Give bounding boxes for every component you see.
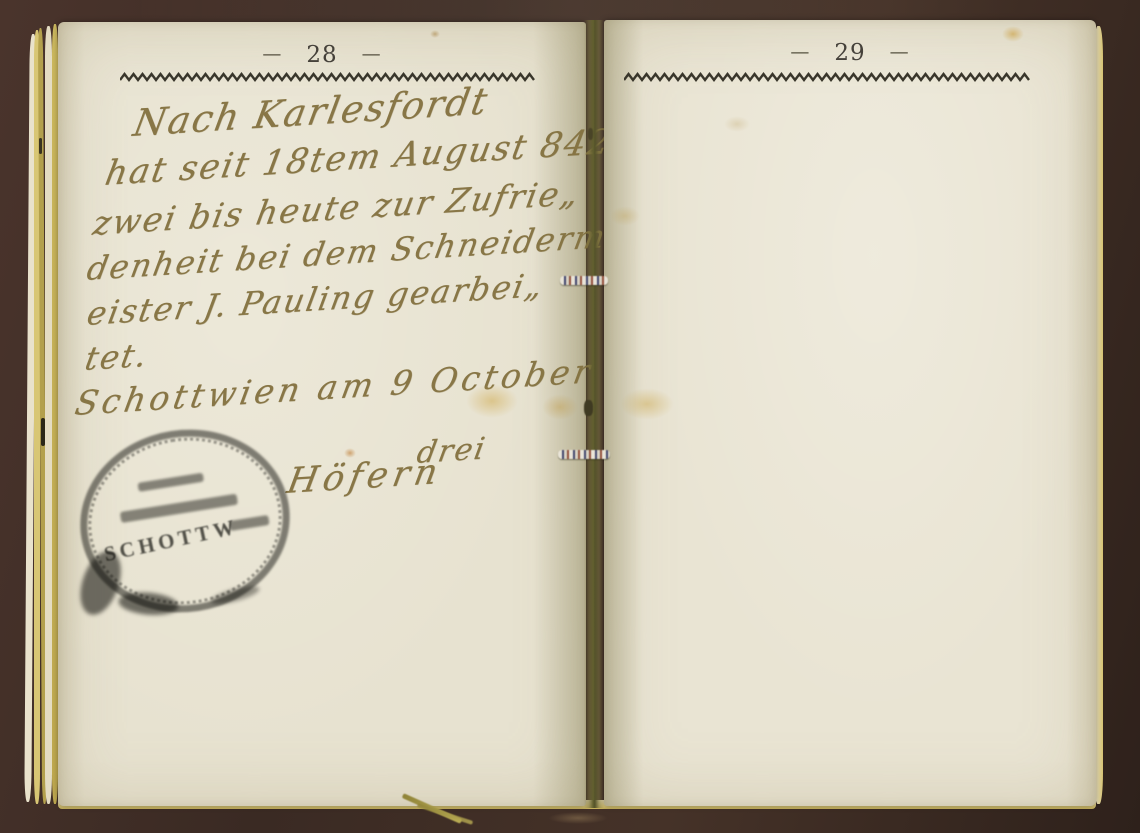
edge-fleck [41, 418, 45, 446]
handwriting-line: tet. [82, 336, 152, 378]
page-edge-strip [45, 26, 52, 804]
stain [620, 388, 674, 420]
zigzag-rule [624, 72, 1032, 82]
stain [542, 394, 578, 420]
stain [724, 116, 750, 132]
header-dash: — [790, 41, 810, 63]
binding-stitch [558, 450, 610, 459]
page-number-right: —29— [604, 40, 1096, 66]
header-dash: — [262, 43, 282, 65]
stain [430, 30, 440, 38]
handwriting-signature: Höfern [284, 452, 446, 502]
page-number: 29 [834, 40, 865, 66]
header-dash: — [362, 43, 382, 65]
right-page: —29— [604, 20, 1096, 806]
book-photo: —28— Nach Karlesfordt hat seit 18tem Aug… [0, 0, 1140, 833]
ink-stamp: SCHOTTW [65, 412, 305, 629]
edge-fleck [39, 138, 42, 154]
binding-stitch [560, 276, 608, 285]
page-number: 28 [306, 42, 337, 68]
header-dash: — [890, 41, 910, 63]
page-number-left: —28— [58, 42, 586, 68]
binding-knot [588, 128, 593, 140]
left-page: —28— Nach Karlesfordt hat seit 18tem Aug… [58, 22, 586, 806]
stain [610, 206, 640, 226]
binding-knot [584, 400, 593, 416]
